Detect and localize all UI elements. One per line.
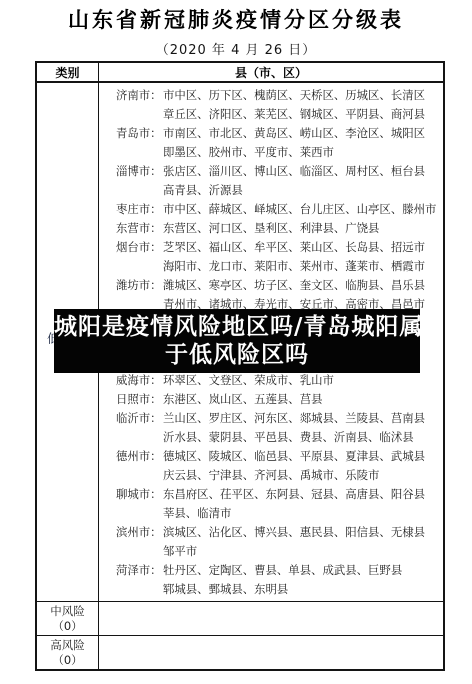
region-names: 潍城区、寒亭区、坊子区、奎文区、临朐县、昌乐县	[163, 278, 425, 292]
region-line: 德州市：德城区、陵城区、临邑县、平原县、夏津县、武城县	[99, 447, 443, 466]
region-line: 潍坊市：潍城区、寒亭区、坊子区、奎文区、临朐县、昌乐县	[99, 276, 443, 295]
city-label: 潍坊市：	[116, 276, 163, 295]
city-label: 淄博市：	[116, 162, 163, 181]
document-page: 山东省新冠肺炎疫情分区分级表 （2020 年 4 月 26 日） 类别 县（市、…	[0, 0, 472, 684]
region-names: 兰山区、罗庄区、河东区、郯城县、兰陵县、莒南县	[163, 411, 425, 425]
city-label: 菏泽市：	[116, 561, 163, 580]
region-names: 海阳市、龙口市、莱阳市、莱州市、蓬莱市、栖霞市	[163, 259, 425, 273]
region-line: 高青县、沂源县	[99, 181, 443, 200]
region-names: 环翠区、文登区、荣成市、乳山市	[163, 373, 334, 387]
city-label: 枣庄市：	[116, 200, 163, 219]
region-names: 市南区、市北区、黄岛区、崂山区、李沧区、城阳区	[163, 126, 425, 140]
region-line: 章丘区、济阳区、莱芜区、钢城区、平阴县、商河县	[99, 105, 443, 124]
medium-risk-count: （0）	[52, 619, 82, 634]
region-names: 沂水县、蒙阴县、平邑县、费县、沂南县、临沭县	[163, 430, 414, 444]
city-label: 滨州市：	[116, 523, 163, 542]
page-title: 山东省新冠肺炎疫情分区分级表	[0, 4, 472, 34]
city-label: 日照市：	[116, 390, 163, 409]
region-line: 沂水县、蒙阴县、平邑县、费县、沂南县、临沭县	[99, 428, 443, 447]
region-line: 庆云县、宁津县、齐河县、禹城市、乐陵市	[99, 466, 443, 485]
region-names: 莘县、临清市	[163, 506, 231, 520]
region-line: 滨州市：滨城区、沾化区、博兴县、惠民县、阳信县、无棣县	[99, 523, 443, 542]
region-line: 邹平市	[99, 542, 443, 561]
overlay-banner: 城阳是疫情风险地区吗/青岛城阳属 于低风险区吗	[54, 309, 420, 373]
region-names: 市中区、历下区、槐荫区、天桥区、历城区、长清区	[163, 88, 425, 102]
region-line: 日照市：东港区、岚山区、五莲县、莒县	[99, 390, 443, 409]
region-names: 东港区、岚山区、五莲县、莒县	[163, 392, 322, 406]
date-line: （2020 年 4 月 26 日）	[0, 39, 472, 58]
medium-risk-content	[99, 602, 443, 635]
region-names: 滨城区、沾化区、博兴县、惠民县、阳信县、无棣县	[163, 525, 425, 539]
medium-risk-row: 中风险 （0）	[37, 601, 443, 635]
region-names: 庆云县、宁津县、齐河县、禹城市、乐陵市	[163, 468, 379, 482]
region-line: 威海市：环翠区、文登区、荣成市、乳山市	[99, 371, 443, 390]
city-label: 临沂市：	[116, 409, 163, 428]
city-label: 德州市：	[116, 447, 163, 466]
region-names: 即墨区、胶州市、平度市、莱西市	[163, 145, 334, 159]
region-names: 德城区、陵城区、临邑县、平原县、夏津县、武城县	[163, 449, 425, 463]
region-names: 高青县、沂源县	[163, 183, 243, 197]
region-line: 莘县、临清市	[99, 504, 443, 523]
region-names: 张店区、淄川区、博山区、临淄区、周村区、桓台县	[163, 164, 425, 178]
city-label: 济南市：	[116, 86, 163, 105]
region-names: 东昌府区、茌平区、东阿县、冠县、高唐县、阳谷县	[163, 487, 425, 501]
city-label: 威海市：	[116, 371, 163, 390]
region-names: 东营区、河口区、垦利区、利津县、广饶县	[163, 221, 379, 235]
city-label: 烟台市：	[116, 238, 163, 257]
region-names: 邹平市	[163, 544, 197, 558]
medium-risk-label: 中风险 （0）	[37, 602, 99, 635]
region-names: 郓城县、鄄城县、东明县	[163, 582, 288, 596]
region-line: 即墨区、胶州市、平度市、莱西市	[99, 143, 443, 162]
region-line: 东营市：东营区、河口区、垦利区、利津县、广饶县	[99, 219, 443, 238]
region-line: 聊城市：东昌府区、茌平区、东阿县、冠县、高唐县、阳谷县	[99, 485, 443, 504]
region-names: 章丘区、济阳区、莱芜区、钢城区、平阴县、商河县	[163, 107, 425, 121]
city-label: 东营市：	[116, 219, 163, 238]
overlay-line-1: 城阳是疫情风险地区吗/青岛城阳属	[54, 313, 420, 341]
header-category: 类别	[37, 63, 99, 81]
region-line: 烟台市：芝罘区、福山区、牟平区、莱山区、长岛县、招远市	[99, 238, 443, 257]
header-region: 县（市、区）	[99, 63, 443, 81]
region-names: 市中区、薛城区、峄城区、台儿庄区、山亭区、滕州市	[163, 202, 436, 216]
table-header-row: 类别 县（市、区）	[37, 63, 443, 83]
region-line: 郓城县、鄄城县、东明县	[99, 580, 443, 599]
region-line: 海阳市、龙口市、莱阳市、莱州市、蓬莱市、栖霞市	[99, 257, 443, 276]
region-names: 牡丹区、定陶区、曹县、单县、成武县、巨野县	[163, 563, 402, 577]
high-risk-row: 高风险 （0）	[37, 635, 443, 669]
region-line: 济南市：市中区、历下区、槐荫区、天桥区、历城区、长清区	[99, 86, 443, 105]
overlay-line-2: 于低风险区吗	[54, 341, 420, 369]
region-line: 枣庄市：市中区、薛城区、峄城区、台儿庄区、山亭区、滕州市	[99, 200, 443, 219]
high-risk-count: （0）	[52, 653, 82, 668]
medium-risk-label-text: 中风险	[50, 604, 85, 619]
region-line: 临沂市：兰山区、罗庄区、河东区、郯城县、兰陵县、莒南县	[99, 409, 443, 428]
region-line: 菏泽市：牡丹区、定陶区、曹县、单县、成武县、巨野县	[99, 561, 443, 580]
high-risk-label-text: 高风险	[50, 638, 85, 653]
high-risk-content	[99, 636, 443, 669]
high-risk-label: 高风险 （0）	[37, 636, 99, 669]
city-label: 青岛市：	[116, 124, 163, 143]
region-names: 芝罘区、福山区、牟平区、莱山区、长岛县、招远市	[163, 240, 425, 254]
region-line: 淄博市：张店区、淄川区、博山区、临淄区、周村区、桓台县	[99, 162, 443, 181]
region-line: 青岛市：市南区、市北区、黄岛区、崂山区、李沧区、城阳区	[99, 124, 443, 143]
city-label: 聊城市：	[116, 485, 163, 504]
